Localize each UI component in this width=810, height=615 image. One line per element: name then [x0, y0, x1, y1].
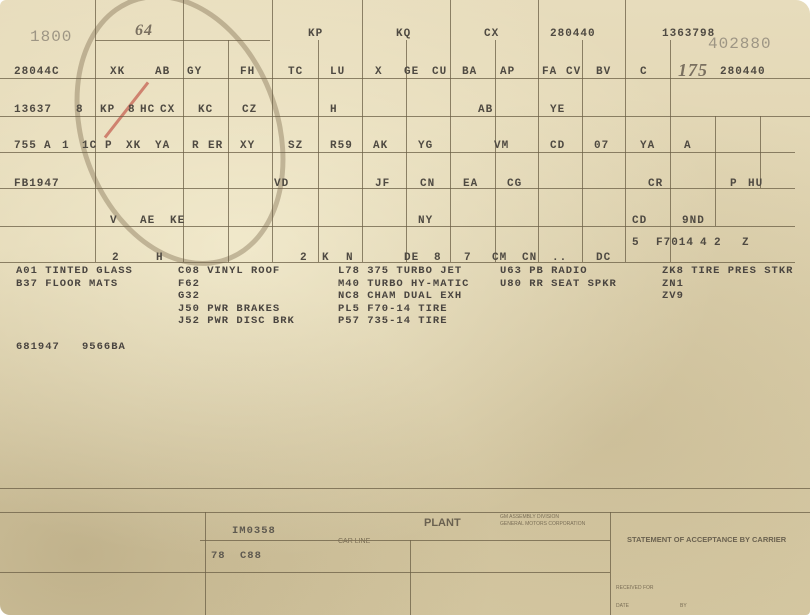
row3-cell: XY [240, 140, 255, 152]
option-line: J52 PWR DISC BRK [178, 315, 295, 327]
row6-cell: .. [552, 252, 567, 264]
grid-line [450, 0, 451, 262]
by-label: BY [680, 603, 687, 609]
row3-cell: 755 [14, 140, 37, 152]
grid-line [0, 488, 810, 489]
row6-cell: 8 [434, 252, 442, 264]
row1-cell: GE [404, 66, 419, 78]
grid-line [625, 0, 626, 262]
row3-cell: 07 [594, 140, 609, 152]
row3-cell: CD [550, 140, 565, 152]
row1-cell: BV [596, 66, 611, 78]
row5-cell: V [110, 215, 118, 227]
stamp-left: 1800 [30, 28, 72, 46]
option-line: U80 RR SEAT SPKR [500, 278, 617, 290]
row5-cell: KE [170, 215, 185, 227]
grid-line [0, 572, 610, 573]
grid-line [715, 116, 716, 226]
row6-cell: 2 [714, 237, 722, 249]
row6-cell: Z [742, 237, 750, 249]
grid-line [410, 540, 411, 615]
row6-cell: 4 [700, 237, 708, 249]
row3-cell: A [684, 140, 692, 152]
grid-line [0, 226, 795, 227]
grid-line [0, 512, 810, 513]
row1-cell: TC [288, 66, 303, 78]
option-line: C08 VINYL ROOF [178, 265, 280, 277]
row4-cell: FB1947 [14, 178, 60, 190]
row1-cell: FH [240, 66, 255, 78]
row3-cell: AK [373, 140, 388, 152]
row1-cell: C [640, 66, 648, 78]
code-b: C88 [240, 550, 262, 562]
received-for-label: RECEIVED FOR [616, 585, 654, 591]
row1-cell: GY [187, 66, 202, 78]
row3-cell: 1 [62, 140, 70, 152]
row6-cell: DE [404, 252, 419, 264]
option-line: ZV9 [662, 290, 684, 302]
option-line: G32 [178, 290, 200, 302]
division-label: GM ASSEMBLY DIVISION [500, 514, 559, 520]
row1-cell: AP [500, 66, 515, 78]
row5-cell: AE [140, 215, 155, 227]
grid-line [610, 512, 611, 615]
row3-cell: A [44, 140, 52, 152]
option-line: F62 [178, 278, 200, 290]
code-kp: KP [308, 28, 323, 40]
row6-cell: F7014 [656, 237, 694, 249]
grid-line [362, 0, 363, 262]
row4-cell: EA [463, 178, 478, 190]
row5-cell: NY [418, 215, 433, 227]
option-line: PL5 F70-14 TIRE [338, 303, 448, 315]
row2-cell: 8 [76, 104, 84, 116]
row6-cell: 7 [464, 252, 472, 264]
stamp-right: 402880 [708, 35, 772, 53]
row3-cell: XK [126, 140, 141, 152]
row5-cell: CD [632, 215, 647, 227]
row4-cell: CR [648, 178, 663, 190]
row2-cell: CZ [242, 104, 257, 116]
coffee-ring-stain [38, 0, 322, 296]
option-line: J50 PWR BRAKES [178, 303, 280, 315]
grid-line [95, 0, 96, 262]
row6-cell: 2 [112, 252, 120, 264]
row1-cell: CV [566, 66, 581, 78]
row6-cell: K [322, 252, 330, 264]
serial-code: 681947 [16, 341, 60, 353]
row3-cell: ER [208, 140, 223, 152]
row2-cell: HC [140, 104, 155, 116]
row3-cell: R [192, 140, 200, 152]
grid-line [538, 0, 539, 262]
option-line: M40 TURBO HY-MATIC [338, 278, 469, 290]
row4-cell: CG [507, 178, 522, 190]
row2-cell: 8 [128, 104, 136, 116]
option-line: B37 FLOOR MATS [16, 278, 118, 290]
grid-line [0, 152, 795, 153]
row2-cell: 13637 [14, 104, 52, 116]
code-cx: CX [484, 28, 499, 40]
row4-cell: VD [274, 178, 289, 190]
grid-line [318, 40, 319, 262]
row2-cell: CX [160, 104, 175, 116]
grid-line [228, 40, 229, 262]
row2-cell: KC [198, 104, 213, 116]
row2-cell: YE [550, 104, 565, 116]
option-line: ZK8 TIRE PRES STKR [662, 265, 793, 277]
row3-cell: SZ [288, 140, 303, 152]
row4-cell: P [730, 178, 738, 190]
option-line: L78 375 TURBO JET [338, 265, 462, 277]
row6-cell: CM [492, 252, 507, 264]
row6-cell: DC [596, 252, 611, 264]
row1-cell: LU [330, 66, 345, 78]
order-number: IM0358 [232, 525, 276, 537]
row4-cell: HU [748, 178, 763, 190]
code-280440: 280440 [550, 28, 596, 40]
row1-cell: 280440 [720, 66, 766, 78]
row6-cell: H [156, 252, 164, 264]
option-line: U63 PB RADIO [500, 265, 588, 277]
row3-cell: P [105, 140, 113, 152]
row3-cell: 1C [82, 140, 97, 152]
grid-line [0, 188, 795, 189]
grid-line [582, 40, 583, 262]
code-a: 78 [211, 550, 226, 562]
corporation-label: GENERAL MOTORS CORPORATION [500, 521, 585, 527]
option-line: P57 735-14 TIRE [338, 315, 448, 327]
row2-cell: H [330, 104, 338, 116]
grid-line [0, 78, 810, 79]
date-label: DATE [616, 603, 629, 609]
build-sheet-paper: 1800 402880 64 175 KP KQ CX 280440 13637… [0, 0, 810, 615]
plant-label: PLANT [424, 517, 461, 529]
grid-line [200, 540, 610, 541]
row3-cell: R59 [330, 140, 353, 152]
row1-cell: CU [432, 66, 447, 78]
row1-cell: AB [155, 66, 170, 78]
row6-cell: 5 [632, 237, 640, 249]
row2-cell: AB [478, 104, 493, 116]
serial-code: 9566BA [82, 341, 126, 353]
row4-cell: CN [420, 178, 435, 190]
row3-cell: YA [640, 140, 655, 152]
option-line: NC8 CHAM DUAL EXH [338, 290, 462, 302]
statement-title: STATEMENT OF ACCEPTANCE BY CARRIER [627, 535, 786, 544]
row6-cell: N [346, 252, 354, 264]
handwritten-left: 64 [135, 22, 153, 40]
row5-cell: 9ND [682, 215, 705, 227]
option-line: ZN1 [662, 278, 684, 290]
row6-cell: CN [522, 252, 537, 264]
row1-cell: 28044C [14, 66, 60, 78]
row3-cell: VM [494, 140, 509, 152]
car-line-label: CAR LINE [338, 538, 370, 545]
row1-cell: FA [542, 66, 557, 78]
option-line: A01 TINTED GLASS [16, 265, 133, 277]
grid-line [0, 116, 810, 117]
row3-cell: YG [418, 140, 433, 152]
code-kq: KQ [396, 28, 411, 40]
row4-cell: JF [375, 178, 390, 190]
row6-cell: 2 [300, 252, 308, 264]
row3-cell: YA [155, 140, 170, 152]
row1-cell: X [375, 66, 383, 78]
code-1363798: 1363798 [662, 28, 715, 40]
row1-cell: XK [110, 66, 125, 78]
grid-line [670, 40, 671, 262]
row2-cell: KP [100, 104, 115, 116]
grid-line [272, 0, 273, 262]
row1-cell: BA [462, 66, 477, 78]
grid-line [205, 512, 206, 615]
